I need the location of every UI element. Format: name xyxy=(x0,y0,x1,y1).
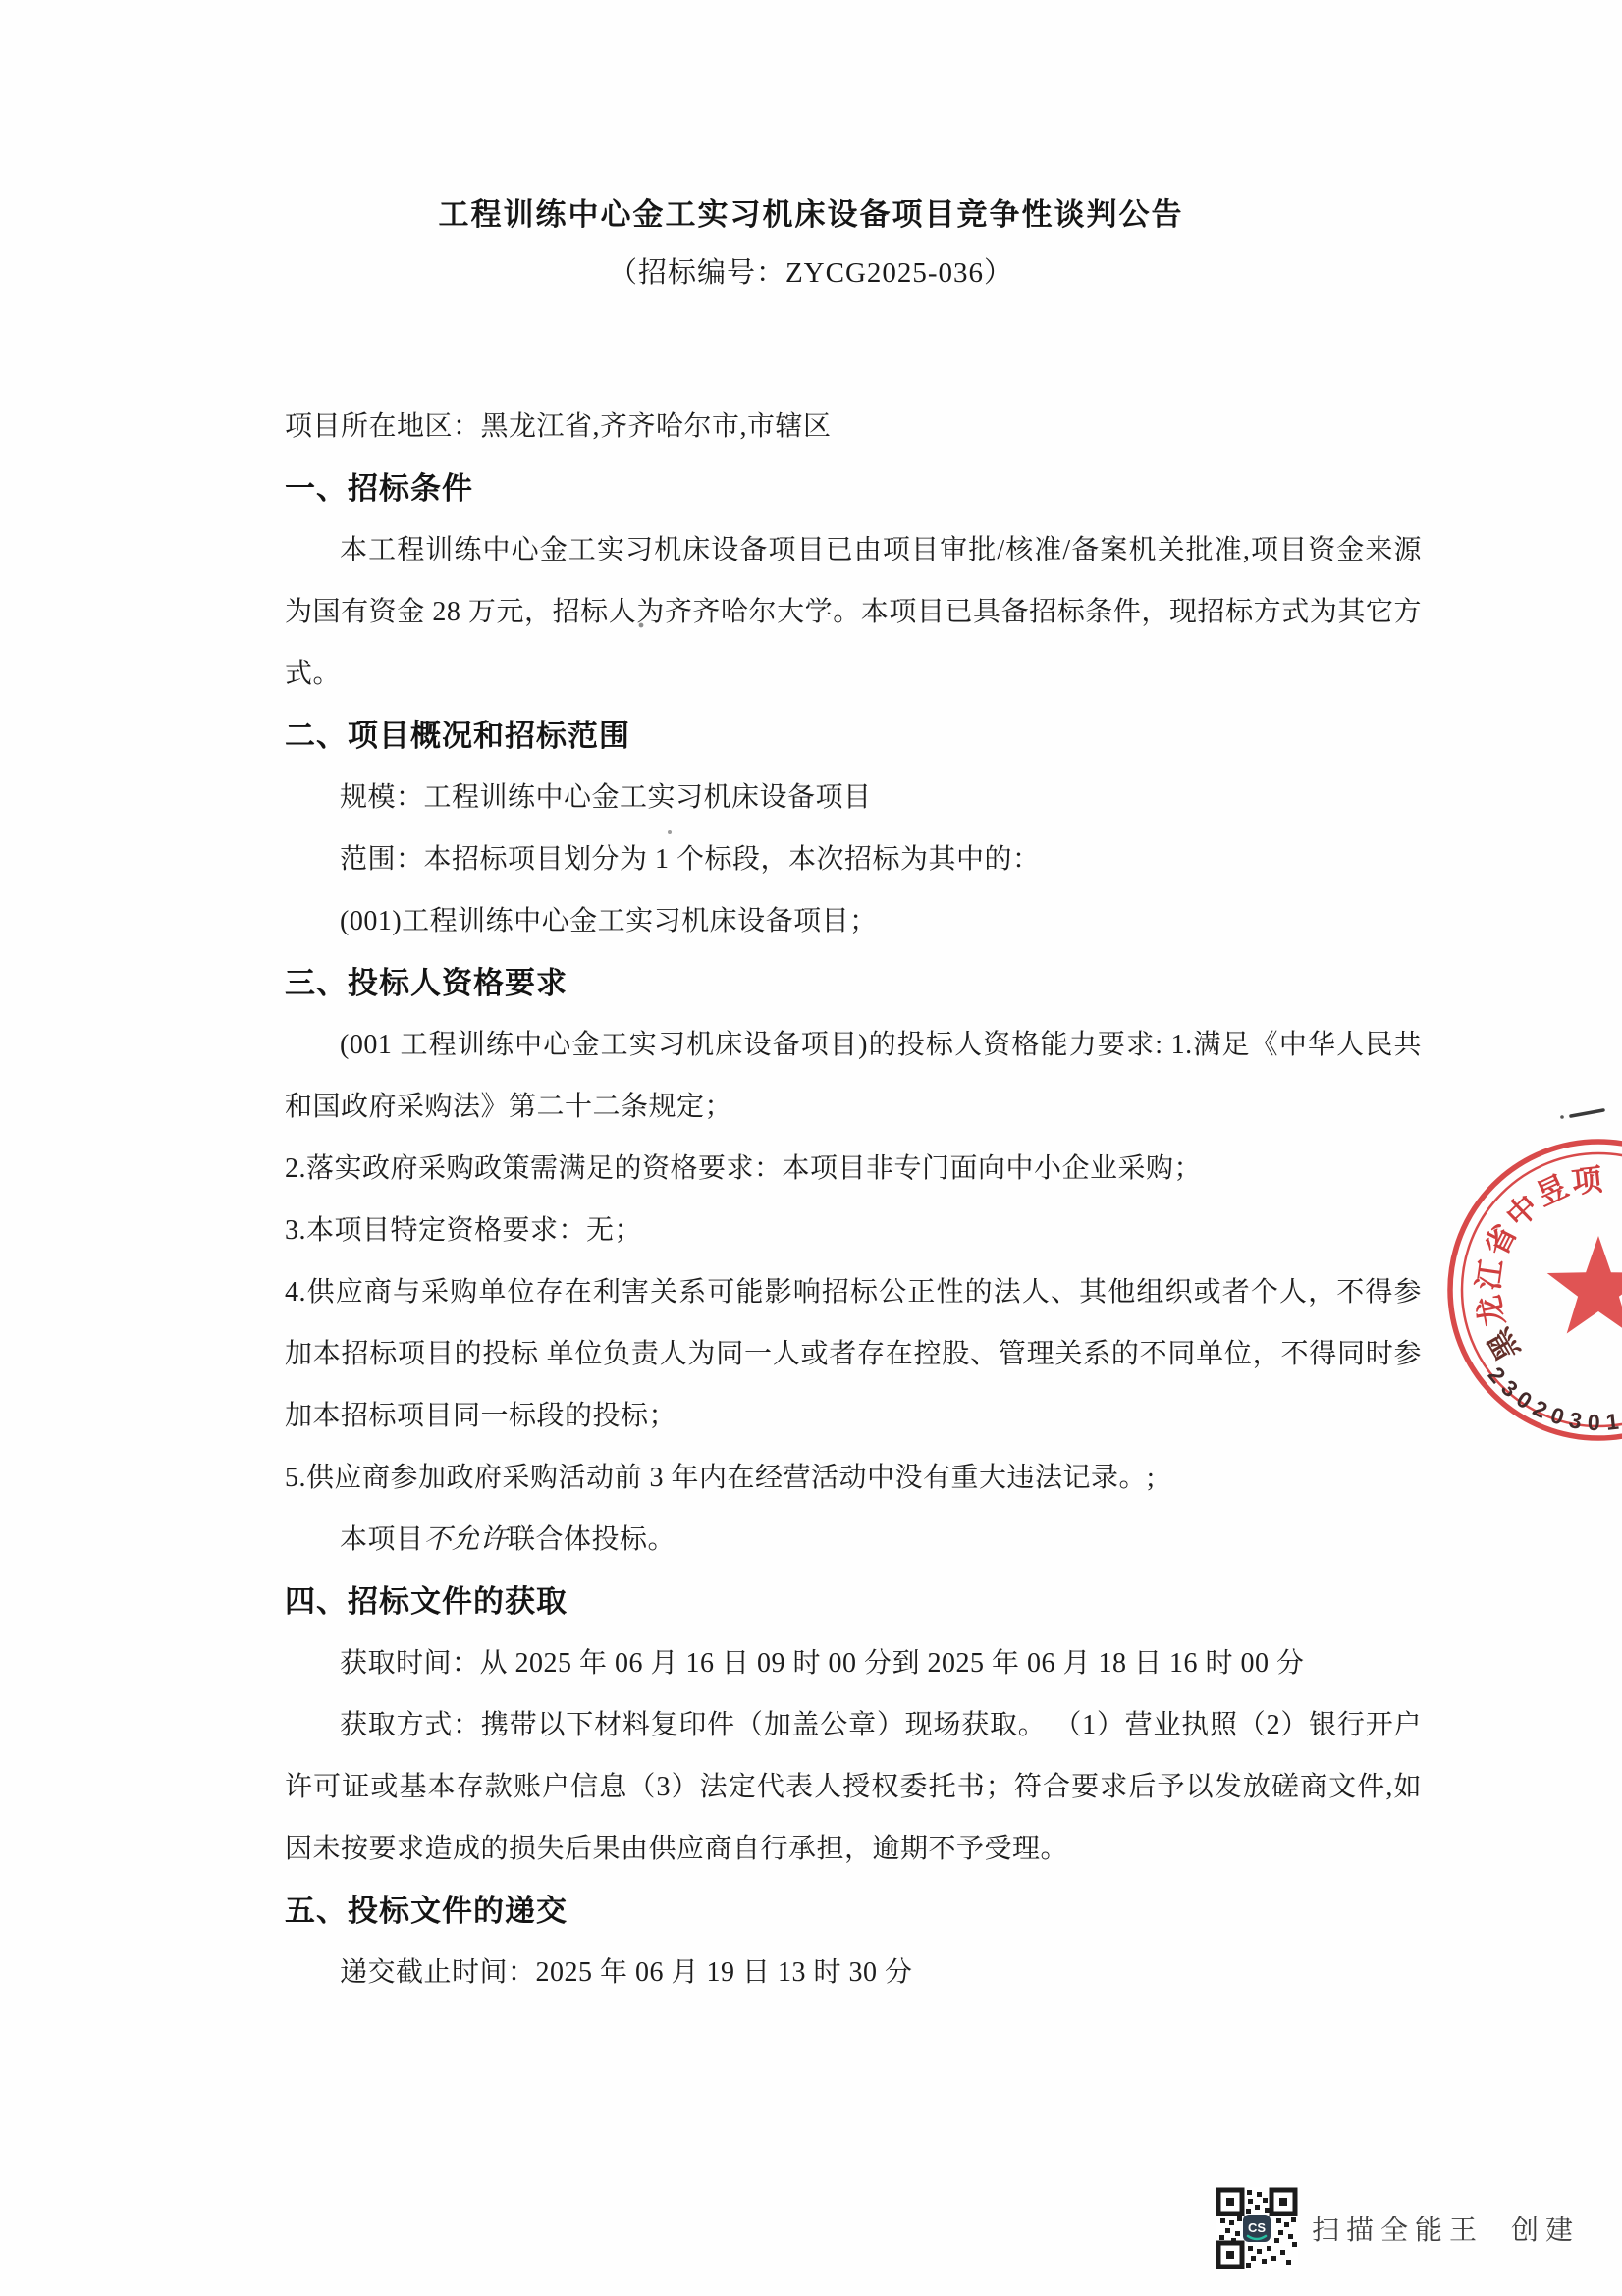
svg-text:CS: CS xyxy=(1248,2220,1266,2235)
svg-text:黑: 黑 xyxy=(1481,1322,1526,1366)
svg-text:0: 0 xyxy=(1512,1386,1537,1415)
svg-text:0: 0 xyxy=(1587,1410,1600,1435)
section1-heading: 一、招标条件 xyxy=(285,457,1422,519)
qualification-req-4: 4.供应商与采购单位存在利害关系可能影响招标公正性的法人、其他组织或者个人，不得… xyxy=(285,1261,1422,1447)
svg-text:中: 中 xyxy=(1499,1188,1545,1234)
svg-text:0: 0 xyxy=(1547,1402,1567,1430)
section5-heading: 五、投标文件的递交 xyxy=(285,1880,1422,1942)
document-body: 项目所在地区：黑龙江省,齐齐哈尔市,市辖区 一、招标条件 本工程训练中心金工实习… xyxy=(285,396,1422,2003)
svg-text:3: 3 xyxy=(1496,1374,1523,1402)
camscanner-qr-code: CS xyxy=(1216,2187,1298,2269)
seal-outer-ring xyxy=(1450,1142,1622,1438)
seal-arc-text: 黑 龙 江 省 中 昱 项 xyxy=(1471,1162,1604,1366)
camscanner-logo-icon: CS xyxy=(1243,2215,1271,2242)
svg-text:3: 3 xyxy=(1567,1407,1584,1434)
qualification-req-2: 2.落实政府采购政策需满足的资格要求：本项目非专门面向中小企业采购； xyxy=(285,1138,1422,1200)
submission-deadline-line: 递交截止时间：2025 年 06 月 19 日 13 时 30 分 xyxy=(285,1942,1422,2003)
svg-text:省: 省 xyxy=(1479,1219,1523,1262)
section3-heading: 三、投标人资格要求 xyxy=(285,952,1422,1014)
camscanner-created-label: 扫描全能王 创建 xyxy=(1312,2209,1580,2248)
document-title: 工程训练中心金工实习机床设备项目竞争性谈判公告 xyxy=(0,196,1622,234)
consortium-emphasis: 不允许 xyxy=(424,1524,509,1555)
scan-dash-mark xyxy=(1571,1110,1603,1116)
svg-text:2: 2 xyxy=(1484,1362,1511,1389)
section2-heading: 二、项目概况和招标范围 xyxy=(285,705,1422,767)
svg-text:江: 江 xyxy=(1471,1257,1509,1293)
svg-text:2: 2 xyxy=(1529,1395,1551,1423)
title-block: 工程训练中心金工实习机床设备项目竞争性谈判公告 （招标编号：ZYCG2025-0… xyxy=(0,196,1622,291)
qualification-req-3: 3.本项目特定资格要求：无； xyxy=(285,1200,1422,1261)
svg-text:昱: 昱 xyxy=(1531,1169,1573,1213)
scale-line: 规模：工程训练中心金工实习机床设备项目 xyxy=(285,767,1422,828)
region-line: 项目所在地区：黑龙江省,齐齐哈尔市,市辖区 xyxy=(285,396,1422,457)
scan-dash-dot xyxy=(1560,1115,1564,1119)
obtain-method-line: 获取方式：携带以下材料复印件（加盖公章）现场获取。 （1）营业执照（2）银行开户… xyxy=(285,1694,1422,1880)
section4-heading: 四、招标文件的获取 xyxy=(285,1571,1422,1632)
lot-line: (001)工程训练中心金工实习机床设备项目； xyxy=(285,890,1422,952)
section1-paragraph: 本工程训练中心金工实习机床设备项目已由项目审批/核准/备案机关批准,项目资金来源… xyxy=(285,519,1422,705)
scope-line: 范围：本招标项目划分为 1 个标段，本次招标为其中的： xyxy=(285,828,1422,890)
svg-text:1: 1 xyxy=(1604,1409,1620,1435)
seal-serial-number: 2 3 0 2 0 3 0 1 xyxy=(1484,1362,1621,1436)
svg-text:龙: 龙 xyxy=(1471,1293,1510,1329)
seal-inner-ring xyxy=(1462,1153,1622,1426)
scanner-footer: CS 扫描全能王 创建 xyxy=(1216,2187,1580,2269)
consortium-suffix: 联合体投标。 xyxy=(508,1524,676,1555)
consortium-line: 本项目不允许联合体投标。 xyxy=(285,1509,1422,1571)
scanned-document-page: 工程训练中心金工实习机床设备项目竞争性谈判公告 （招标编号：ZYCG2025-0… xyxy=(0,0,1622,2296)
svg-text:项: 项 xyxy=(1570,1162,1604,1200)
qualification-req-1: (001 工程训练中心金工实习机床设备项目)的投标人资格能力要求: 1.满足《中… xyxy=(285,1014,1422,1138)
seal-star-icon xyxy=(1547,1236,1622,1334)
consortium-prefix: 本项目 xyxy=(340,1524,424,1555)
obtain-time-line: 获取时间：从 2025 年 06 月 16 日 09 时 00 分到 2025 … xyxy=(285,1632,1422,1694)
tender-number: （招标编号：ZYCG2025-036） xyxy=(0,255,1622,291)
qualification-req-5: 5.供应商参加政府采购活动前 3 年内在经营活动中没有重大违法记录。; xyxy=(285,1447,1422,1509)
